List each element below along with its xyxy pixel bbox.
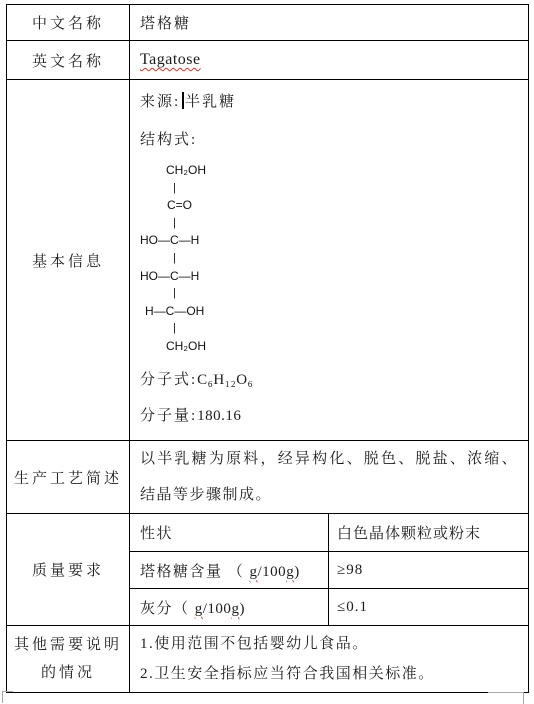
quality-name-text: 塔格糖含量 （ [140, 564, 250, 580]
bond-line: | [173, 215, 518, 233]
table-row: 生产工艺简述 以半乳糖为原料，经异构化、脱色、脱盐、浓缩、结晶等步骤制成。 [7, 441, 529, 514]
unit-g: g [286, 564, 294, 580]
quality-item-value[interactable]: ≥98 [329, 552, 529, 589]
quality-item-value[interactable]: ≤0.1 [329, 589, 529, 626]
basic-info-cell[interactable]: 来源:半乳糖 结构式: CH₂OH | C=O | HO—C—H | HO—C—… [130, 80, 529, 441]
process-label: 生产工艺简述 [7, 441, 130, 514]
quality-label: 质量要求 [7, 514, 130, 626]
molecular-weight-line: 分子量:180.16 [140, 406, 518, 426]
quality-name-unit: g/100g [250, 564, 295, 580]
chinese-name-cell[interactable]: 塔格糖 [130, 5, 529, 41]
basic-info-label: 基本信息 [7, 80, 130, 441]
formula-line: HO—C—H [140, 232, 518, 250]
quality-name-unit: g/100g [195, 601, 240, 617]
formula-line: CH₂OH [166, 162, 518, 180]
table-row: 其他需要说明 的情况 1.使用范围不包括婴幼儿食品。 2.卫生安全指标应当符合我… [7, 626, 529, 693]
other-label-line1: 其他需要说明 [9, 631, 127, 659]
formula-line: HO—C—H [140, 268, 518, 286]
other-label: 其他需要说明 的情况 [7, 626, 130, 693]
quality-item-name[interactable]: 性状 [130, 514, 329, 552]
table-row: 中文名称 塔格糖 [7, 5, 529, 41]
other-cell[interactable]: 1.使用范围不包括婴幼儿食品。 2.卫生安全指标应当符合我国相关标准。 [130, 626, 529, 693]
table-row: 质量要求 性状 白色晶体颗粒或粉末 [7, 514, 529, 552]
unit-g: g [250, 564, 258, 580]
other-label-line2: 的情况 [9, 659, 127, 687]
molecular-formula-value: C₆H₁₂O₆ [197, 372, 253, 388]
table-row: 基本信息 来源:半乳糖 结构式: CH₂OH | C=O | HO—C—H | … [7, 80, 529, 441]
unit-mid: /100 [258, 564, 287, 580]
other-item: 2.卫生安全指标应当符合我国相关标准。 [140, 659, 518, 689]
bond-line: | [173, 180, 518, 198]
english-name-label: 英文名称 [7, 41, 130, 80]
quality-item-value[interactable]: 白色晶体颗粒或粉末 [329, 514, 529, 552]
source-line: 来源:半乳糖 [140, 92, 518, 112]
formula-line: CH₂OH [166, 338, 518, 356]
page-corner-mark-right [488, 692, 524, 704]
molecular-formula-label: 分子式: [140, 372, 197, 388]
bond-line: | [173, 285, 518, 303]
other-item: 1.使用范围不包括婴幼儿食品。 [140, 629, 518, 659]
quality-name-text: 灰分（ [140, 601, 195, 617]
bond-line: | [173, 320, 518, 338]
unit-mid: /100 [203, 601, 232, 617]
molecular-formula-line: 分子式:C₆H₁₂O₆ [140, 370, 518, 390]
quality-item-name[interactable]: 灰分（ g/100g) [130, 589, 329, 626]
structural-formula: CH₂OH | C=O | HO—C—H | HO—C—H | H—C—OH |… [140, 162, 518, 356]
text-cursor-caret [182, 92, 184, 109]
process-value: 以半乳糖为原料，经异构化、脱色、脱盐、浓缩、结晶等步骤制成。 [140, 451, 518, 503]
page-corner-mark-left [2, 691, 13, 703]
english-name-cell[interactable]: Tagatose [130, 41, 529, 80]
english-name-value: Tagatose [140, 51, 201, 68]
spec-table: 中文名称 塔格糖 英文名称 Tagatose 基本信息 来源:半乳糖 结构式: … [6, 4, 529, 693]
quality-item-name[interactable]: 塔格糖含量 （ g/100g) [130, 552, 329, 589]
source-value: 半乳糖 [185, 94, 236, 110]
chinese-name-value: 塔格糖 [140, 16, 191, 32]
formula-line: H—C—OH [145, 303, 518, 321]
molecular-weight-value: 180.16 [197, 408, 241, 424]
bond-line: | [173, 250, 518, 268]
quality-name-text: ) [294, 564, 301, 580]
formula-line: C=O [167, 197, 518, 215]
structure-label: 结构式: [140, 130, 518, 150]
quality-name-text: ) [239, 601, 246, 617]
molecular-weight-label: 分子量: [140, 408, 197, 424]
process-cell[interactable]: 以半乳糖为原料，经异构化、脱色、脱盐、浓缩、结晶等步骤制成。 [130, 441, 529, 514]
chinese-name-label: 中文名称 [7, 5, 130, 41]
table-row: 英文名称 Tagatose [7, 41, 529, 80]
source-label: 来源: [140, 94, 180, 110]
unit-g: g [195, 601, 203, 617]
